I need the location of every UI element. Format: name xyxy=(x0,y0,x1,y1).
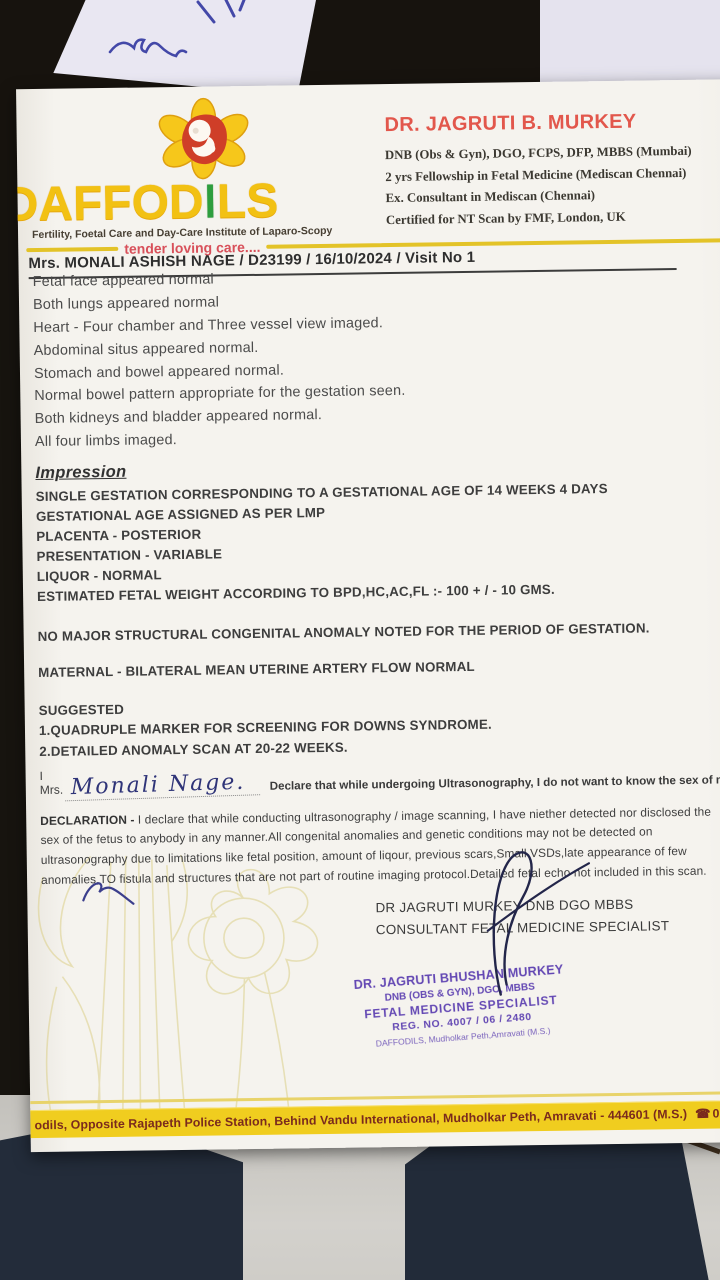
clinic-name: DAFFODILS xyxy=(16,174,279,233)
doctor-name: DR. JAGRUTI B. MURKEY xyxy=(384,109,720,137)
impression-line: LIQUOR - NORMAL xyxy=(37,561,717,584)
impression-line: ESTIMATED FETAL WEIGHT ACCORDING TO BPD,… xyxy=(37,581,717,604)
doctor-credential: 2 yrs Fellowship in Fetal Medicine (Medi… xyxy=(385,162,720,188)
impression-line: PLACENTA - POSTERIOR xyxy=(36,521,716,544)
phone-icon: ☎ xyxy=(695,1107,711,1121)
doctor-signature-icon xyxy=(446,833,598,1005)
clinic-name-part: DAFFOD xyxy=(16,176,204,232)
consent-prefix: I Mrs. xyxy=(40,769,64,800)
suggested-item: 1.QUADRUPLE MARKER FOR SCREENING FOR DOW… xyxy=(39,717,492,738)
impression-line: SINGLE GESTATION CORRESPONDING TO A GEST… xyxy=(36,481,716,504)
declaration-label: DECLARATION - xyxy=(40,813,138,828)
finding-line: Heart - Four chamber and Three vessel vi… xyxy=(33,312,693,336)
impression-line: GESTATIONAL AGE ASSIGNED AS PER LMP xyxy=(36,501,716,524)
impression-list: SINGLE GESTATION CORRESPONDING TO A GEST… xyxy=(36,481,718,610)
doctor-credential: Certified for NT Scan by FMF, London, UK xyxy=(386,205,720,231)
finding-line: All four limbs imaged. xyxy=(35,426,695,450)
pen-squiggle-icon xyxy=(73,872,146,917)
maternal-statement: MATERNAL - BILATERAL MEAN UTERINE ARTERY… xyxy=(38,659,475,680)
consent-statement: Declare that while undergoing Ultrasonog… xyxy=(270,773,720,797)
findings-list: Fetal face appeared normal Both lungs ap… xyxy=(33,266,695,458)
no-anomaly-statement: NO MAJOR STRUCTURAL CONGENITAL ANOMALY N… xyxy=(38,620,650,644)
handwritten-patient-name: Monali Nage. xyxy=(65,769,260,801)
footer-phone: 0721 - 2565544 xyxy=(712,1105,720,1121)
photo-scene: DAFFODILS Fertility, Foetal Care and Day… xyxy=(0,0,720,1280)
suggested-item: 2.DETAILED ANOMALY SCAN AT 20-22 WEEKS. xyxy=(39,740,348,759)
consent-row: I Mrs. Monali Nage. Declare that while u… xyxy=(40,759,720,800)
leaf-letter-icon: I xyxy=(204,174,216,229)
finding-line: Both kidneys and bladder appeared normal… xyxy=(35,403,695,427)
footer-address: odils, Opposite Rajapeth Police Station,… xyxy=(26,1105,720,1132)
motto-divider-left xyxy=(26,247,118,252)
impression-line: PRESENTATION - VARIABLE xyxy=(36,541,716,564)
footer-address-text: odils, Opposite Rajapeth Police Station,… xyxy=(34,1107,687,1132)
report-page: DAFFODILS Fertility, Foetal Care and Day… xyxy=(16,79,720,1152)
impression-heading: Impression xyxy=(35,463,126,483)
finding-line: Both lungs appeared normal xyxy=(33,289,693,313)
finding-line: Normal bowel pattern appropriate for the… xyxy=(34,380,694,404)
finding-line: Abdominal situs appeared normal. xyxy=(34,334,694,358)
suggested-heading: SUGGESTED xyxy=(39,702,124,718)
doctor-header: DR. JAGRUTI B. MURKEY DNB (Obs & Gyn), D… xyxy=(384,109,720,231)
finding-line: Stomach and bowel appeared normal. xyxy=(34,357,694,381)
clinic-name-part: LS xyxy=(217,175,279,229)
